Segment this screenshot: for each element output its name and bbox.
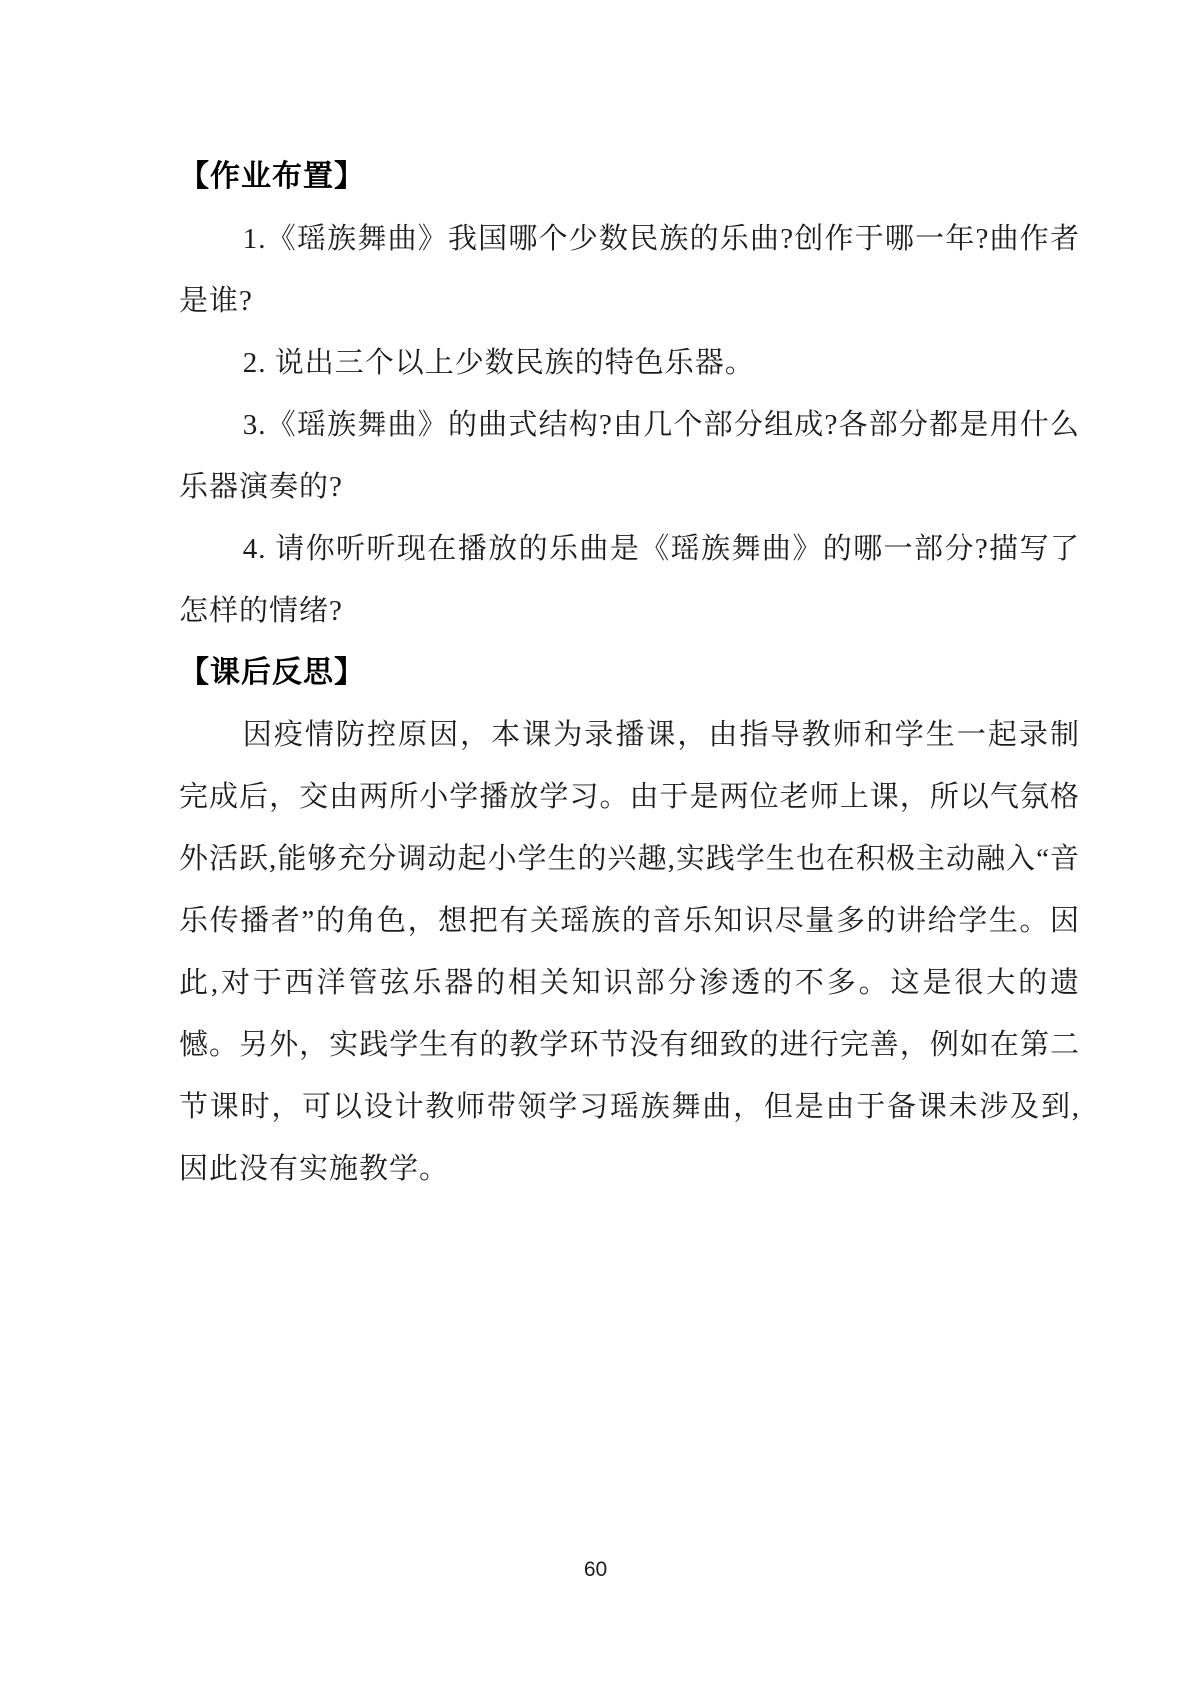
document-content: 【作业布置】 1.《瑶族舞曲》我国哪个少数民族的乐曲?创作于哪一年?曲作者是谁?… xyxy=(179,146,1080,1200)
page-number: 60 xyxy=(0,1558,1191,1582)
homework-item-4: 4. 请你听听现在播放的乐曲是《瑶族舞曲》的哪一部分?描写了怎样的情绪? xyxy=(179,518,1080,642)
section-heading-homework: 【作业布置】 xyxy=(179,146,1080,208)
section-heading-reflection: 【课后反思】 xyxy=(179,642,1080,704)
document-page: 【作业布置】 1.《瑶族舞曲》我国哪个少数民族的乐曲?创作于哪一年?曲作者是谁?… xyxy=(0,0,1191,1684)
homework-item-3: 3.《瑶族舞曲》的曲式结构?由几个部分组成?各部分都是用什么乐器演奏的? xyxy=(179,394,1080,518)
homework-item-1: 1.《瑶族舞曲》我国哪个少数民族的乐曲?创作于哪一年?曲作者是谁? xyxy=(179,208,1080,332)
reflection-paragraph: 因疫情防控原因，本课为录播课，由指导教师和学生一起录制完成后，交由两所小学播放学… xyxy=(179,704,1080,1200)
homework-item-2: 2. 说出三个以上少数民族的特色乐器。 xyxy=(179,332,1080,394)
